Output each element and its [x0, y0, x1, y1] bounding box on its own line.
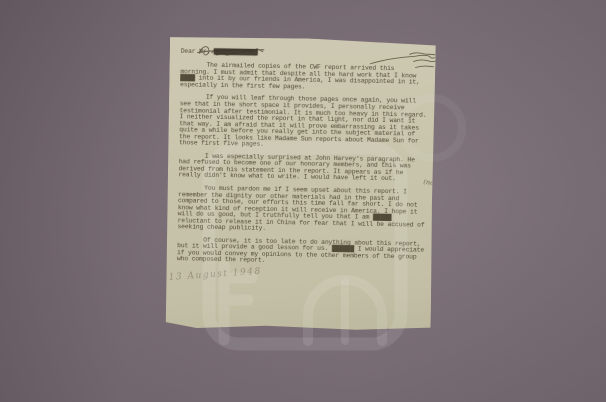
letter-body: The airmailed copies of the CWF report a…	[177, 62, 428, 267]
letter-paragraph: You must pardon me if I seem upset about…	[177, 185, 425, 235]
letter-paragraph: Of course, it is too late to do anything…	[177, 237, 424, 268]
redacted-recipient-name	[214, 48, 258, 55]
photo-backdrop: Dear Mr. The airmailed copies of the CWF…	[0, 0, 606, 402]
letter-paragraph: If you will leaf through those pages onc…	[179, 95, 427, 152]
margin-note: (not)	[423, 178, 440, 188]
typed-letter-content: Dear Mr. The airmailed copies of the CWF…	[177, 48, 428, 273]
letter-paragraph: I was especially surprised at John Harve…	[178, 153, 425, 184]
letter-paragraph: The airmailed copies of the CWF report a…	[180, 62, 427, 93]
salutation-prefix: Dear Mr.	[181, 48, 211, 56]
letter-paper: Dear Mr. The airmailed copies of the CWF…	[165, 36, 436, 333]
